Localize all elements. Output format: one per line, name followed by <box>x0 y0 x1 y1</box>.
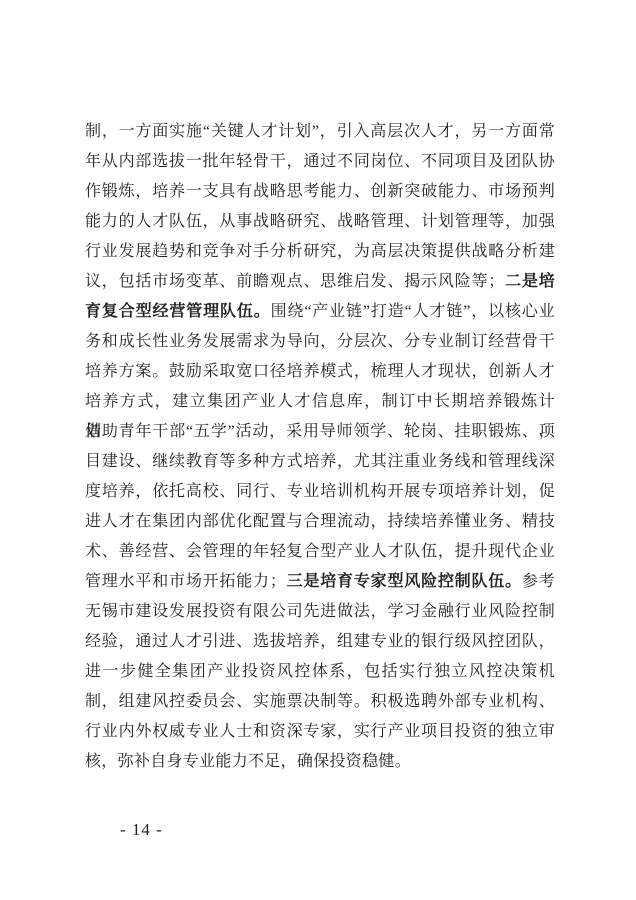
text-segment: 行业内外权威专业人士和资深专家，实行产业项目投资的独立审 <box>85 723 555 740</box>
text-line: 务和成长性业务发展需求为导向，分层次、分专业制订经营骨干 <box>85 327 555 357</box>
document-page: 制，一方面实施“关键人才计划”，引入高层次人才，另一方面常年从内部选拔一批年轻骨… <box>0 0 636 900</box>
text-line: 制，组建风控委员会、实施票决制等。积极选聘外部专业机构、 <box>85 687 555 717</box>
text-line: 议，包括市场变革、前瞻观点、思维启发、揭示风险等；二是培 <box>85 267 555 297</box>
document-body: 制，一方面实施“关键人才计划”，引入高层次人才，另一方面常年从内部选拔一批年轻骨… <box>85 117 555 777</box>
text-segment: 目建设、继续教育等多种方式培养，尤其注重业务线和管理线深 <box>85 453 555 470</box>
text-line: 目建设、继续教育等多种方式培养，尤其注重业务线和管理线深 <box>85 447 555 477</box>
text-line: 培养方式，建立集团产业人才信息库，制订中长期培养锻炼计划， <box>85 387 555 417</box>
text-line: 借助青年干部“五学”活动，采用导师领学、轮岗、挂职锻炼、项 <box>85 417 555 447</box>
text-line: 无锡市建设发展投资有限公司先进做法，学习金融行业风险控制 <box>85 597 555 627</box>
text-segment: 年从内部选拔一批年轻骨干，通过不同岗位、不同项目及团队协 <box>85 153 555 170</box>
text-segment: 能力的人才队伍，从事战略研究、战略管理、计划管理等，加强 <box>85 213 555 230</box>
text-line: 进一步健全集团产业投资风控体系，包括实行独立风控决策机 <box>85 657 555 687</box>
text-line: 制，一方面实施“关键人才计划”，引入高层次人才，另一方面常 <box>85 117 555 147</box>
text-line: 度培养，依托高校、同行、专业培训机构开展专项培养计划，促 <box>85 477 555 507</box>
text-segment: 借助青年干部“五学”活动，采用导师领学、轮岗、挂职锻炼、项 <box>85 423 555 440</box>
text-line: 行业内外权威专业人士和资深专家，实行产业项目投资的独立审 <box>85 717 555 747</box>
text-segment: 务和成长性业务发展需求为导向，分层次、分专业制订经营骨干 <box>85 333 555 350</box>
text-line: 术、善经营、会管理的年轻复合型产业人才队伍，提升现代企业 <box>85 537 555 567</box>
text-segment: 培养方案。鼓励采取宽口径培养模式，梳理人才现状，创新人才 <box>85 363 555 380</box>
text-segment: 行业发展趋势和竞争对手分析研究，为高层决策提供战略分析建 <box>85 243 555 260</box>
text-segment: 进人才在集团内部优化配置与合理流动，持续培养懂业务、精技 <box>85 513 555 530</box>
text-line: 培养方案。鼓励采取宽口径培养模式，梳理人才现状，创新人才 <box>85 357 555 387</box>
text-line: 能力的人才队伍，从事战略研究、战略管理、计划管理等，加强 <box>85 207 555 237</box>
text-segment: 管理水平和市场开拓能力； <box>85 573 286 590</box>
text-line: 核，弥补自身专业能力不足，确保投资稳健。 <box>85 747 555 777</box>
text-line: 行业发展趋势和竞争对手分析研究，为高层决策提供战略分析建 <box>85 237 555 267</box>
page-number: - 14 - <box>120 820 163 840</box>
text-segment: 核，弥补自身专业能力不足，确保投资稳健。 <box>85 753 411 770</box>
bold-text-segment: 三是培育专家型风险控制队伍。 <box>286 573 522 590</box>
text-segment: 议，包括市场变革、前瞻观点、思维启发、揭示风险等； <box>85 273 505 290</box>
text-line: 进人才在集团内部优化配置与合理流动，持续培养懂业务、精技 <box>85 507 555 537</box>
text-segment: 经验，通过人才引进、选拔培养，组建专业的银行级风控团队， <box>85 633 555 650</box>
text-segment: 度培养，依托高校、同行、专业培训机构开展专项培养计划，促 <box>85 483 555 500</box>
text-segment: 围绕“产业链”打造“人才链”，以核心业 <box>271 303 555 320</box>
text-line: 作锻炼，培养一支具有战略思考能力、创新突破能力、市场预判 <box>85 177 555 207</box>
text-line: 育复合型经营管理队伍。围绕“产业链”打造“人才链”，以核心业 <box>85 297 555 327</box>
text-segment: 作锻炼，培养一支具有战略思考能力、创新突破能力、市场预判 <box>85 183 555 200</box>
text-segment: 制，组建风控委员会、实施票决制等。积极选聘外部专业机构、 <box>85 693 555 710</box>
text-segment: 参考 <box>522 573 555 590</box>
text-segment: 术、善经营、会管理的年轻复合型产业人才队伍，提升现代企业 <box>85 543 555 560</box>
text-segment: 进一步健全集团产业投资风控体系，包括实行独立风控决策机 <box>85 663 555 680</box>
text-line: 管理水平和市场开拓能力；三是培育专家型风险控制队伍。参考 <box>85 567 555 597</box>
text-line: 年从内部选拔一批年轻骨干，通过不同岗位、不同项目及团队协 <box>85 147 555 177</box>
text-line: 经验，通过人才引进、选拔培养，组建专业的银行级风控团队， <box>85 627 555 657</box>
bold-text-segment: 二是培 <box>505 273 555 290</box>
text-segment: 制，一方面实施“关键人才计划”，引入高层次人才，另一方面常 <box>85 123 555 140</box>
bold-text-segment: 育复合型经营管理队伍。 <box>85 303 271 320</box>
text-segment: 无锡市建设发展投资有限公司先进做法，学习金融行业风险控制 <box>85 603 555 620</box>
